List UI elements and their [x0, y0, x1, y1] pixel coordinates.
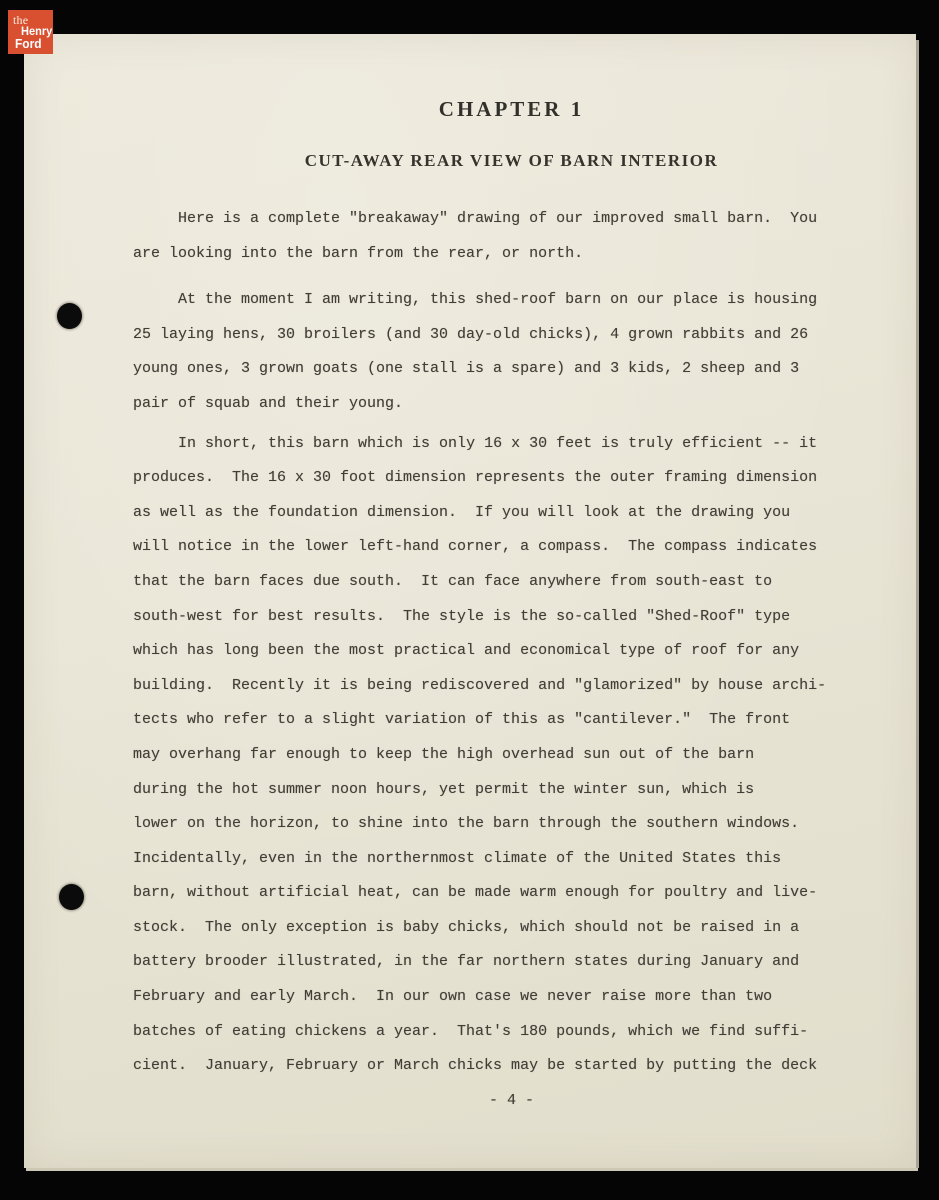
- photo-background: the Henry Ford CHAPTER 1 CUT-AWAY REAR V…: [0, 0, 939, 1200]
- chapter-heading: CHAPTER 1: [133, 96, 890, 122]
- typed-content: CHAPTER 1 CUT-AWAY REAR VIEW OF BARN INT…: [133, 34, 890, 1118]
- paragraph-2: At the moment I am writing, this shed-ro…: [133, 283, 890, 421]
- punch-hole-bottom: [59, 884, 84, 910]
- paragraph-1: Here is a complete "breakaway" drawing o…: [133, 202, 890, 271]
- logo-word-ford: Ford: [15, 36, 42, 51]
- punch-hole-top: [57, 303, 82, 329]
- page-number: - 4 -: [133, 1084, 890, 1119]
- section-heading: CUT-AWAY REAR VIEW OF BARN INTERIOR: [133, 150, 890, 172]
- paragraph-3: In short, this barn which is only 16 x 3…: [133, 427, 890, 1084]
- document-page: CHAPTER 1 CUT-AWAY REAR VIEW OF BARN INT…: [24, 34, 916, 1168]
- henry-ford-logo: the Henry Ford: [8, 10, 53, 54]
